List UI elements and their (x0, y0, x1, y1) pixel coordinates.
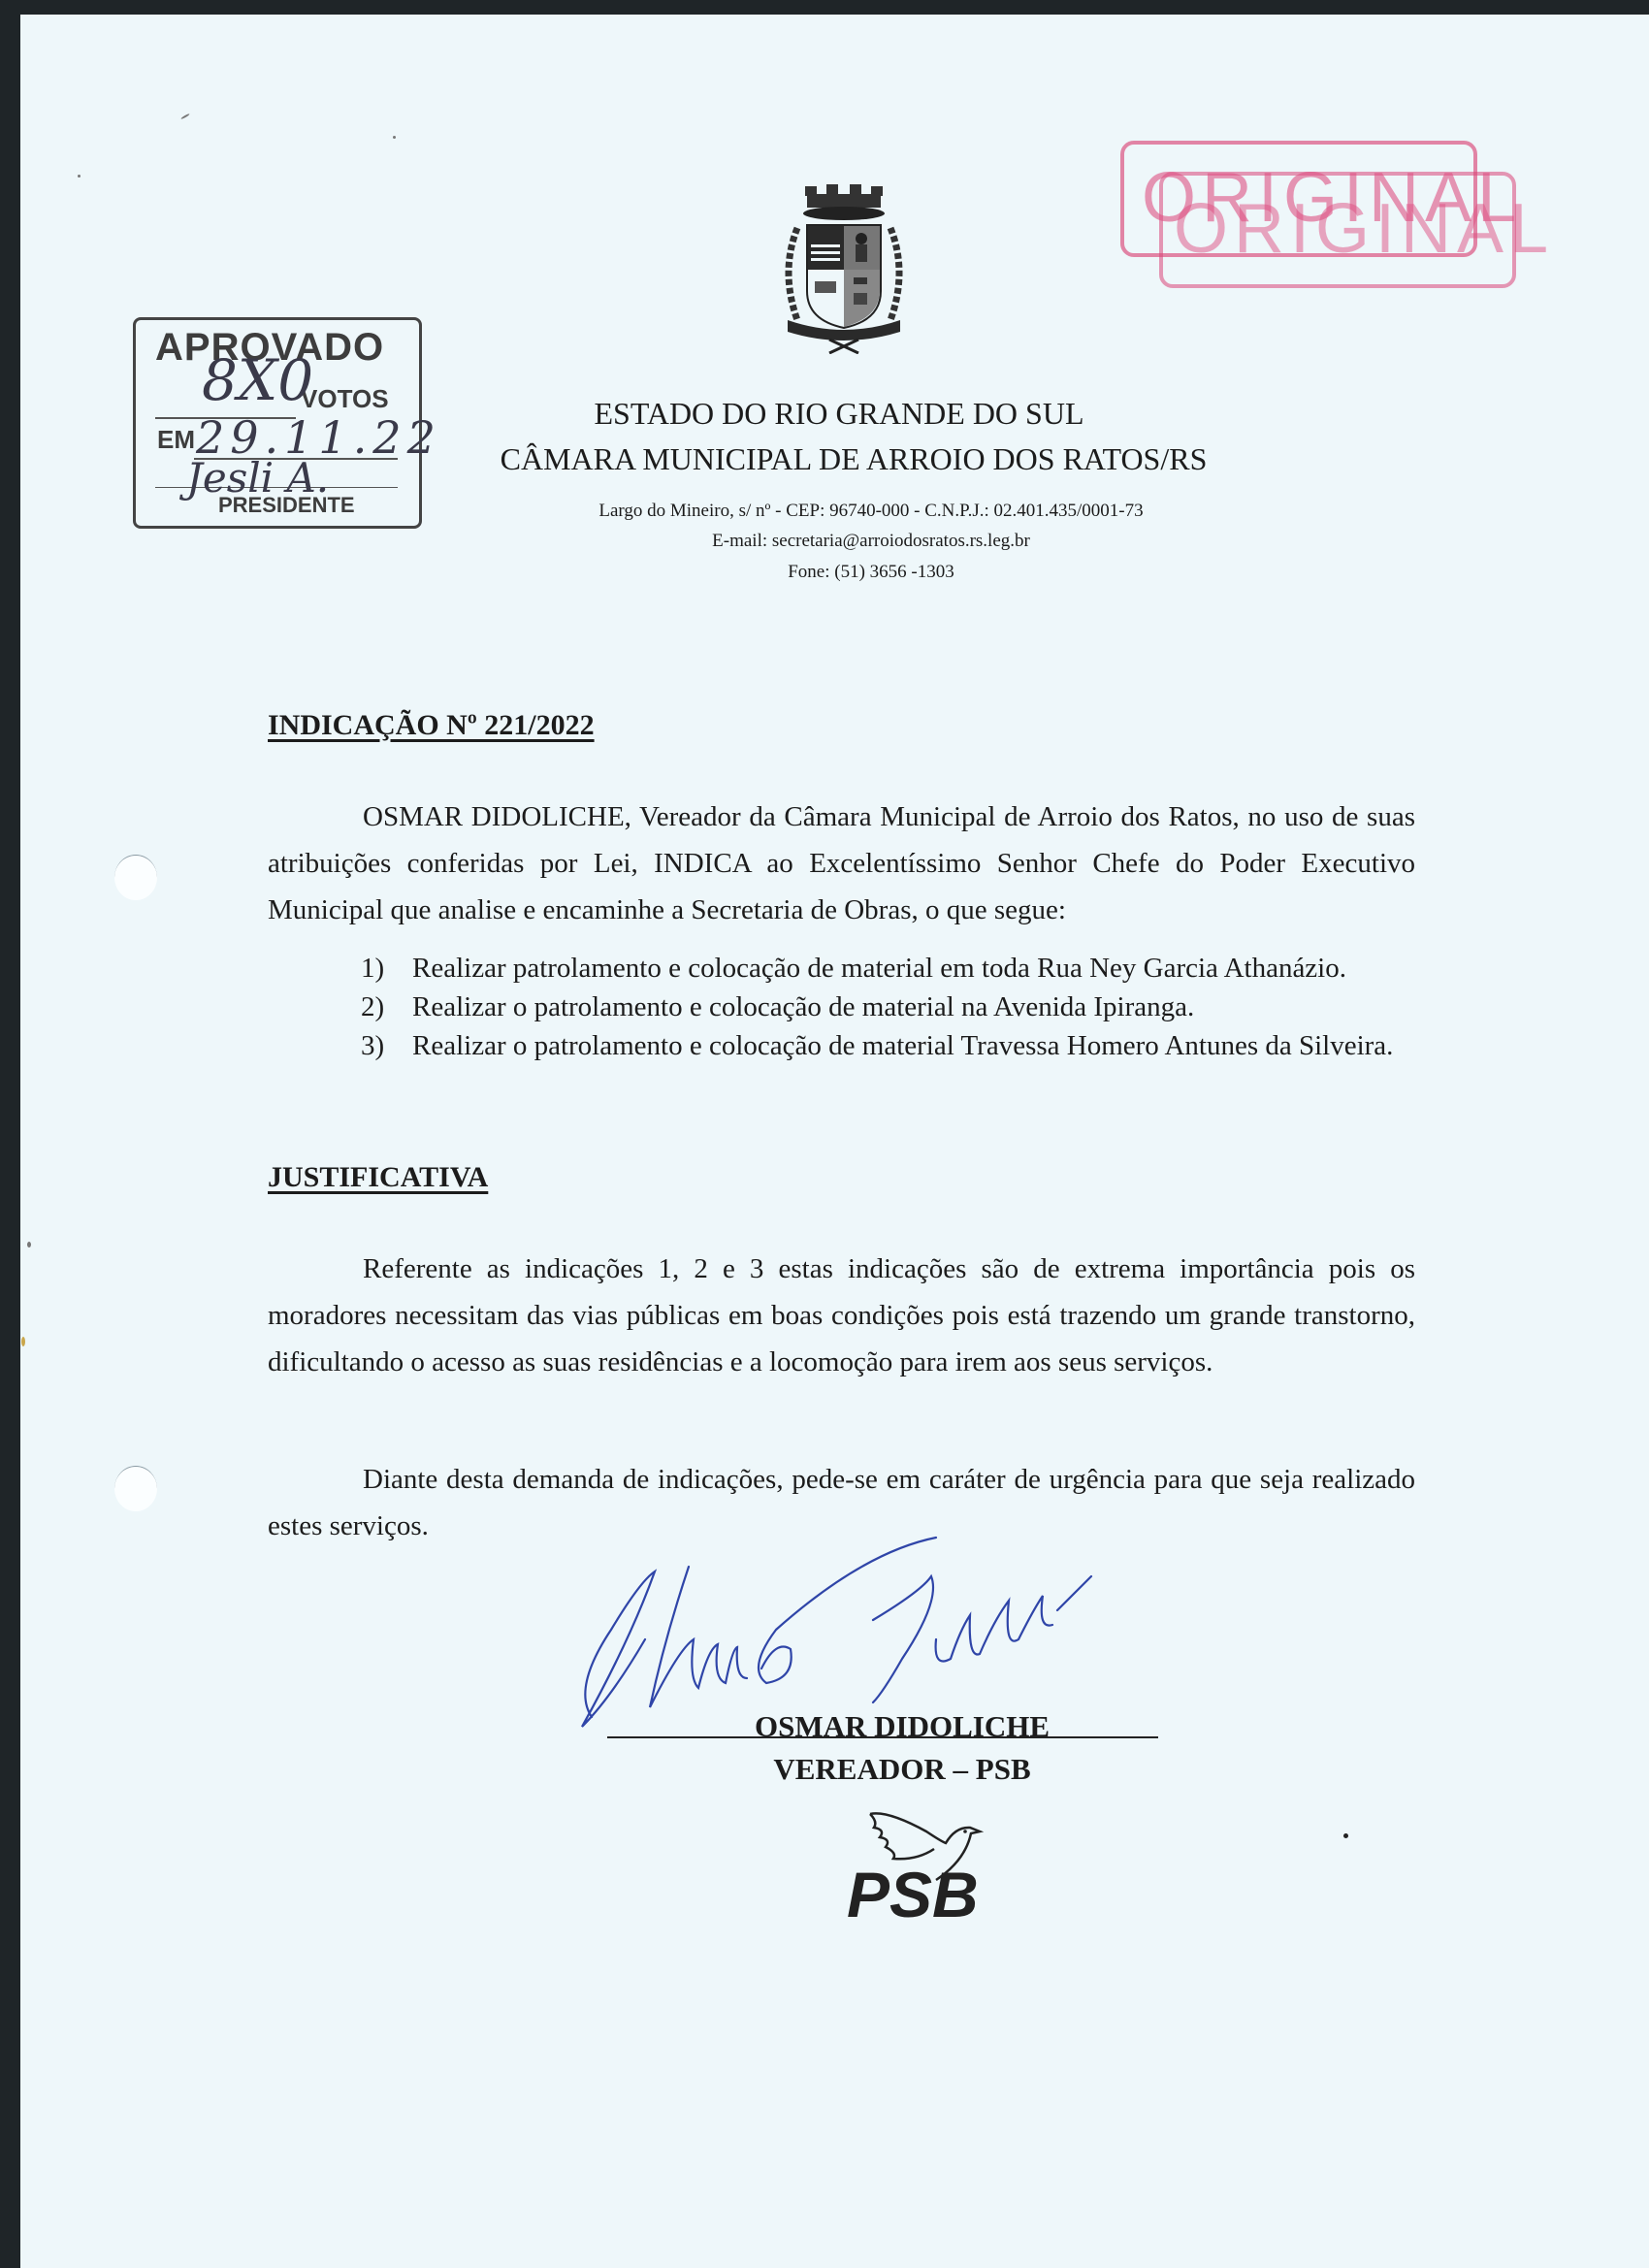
justification-heading: JUSTIFICATIVA (268, 1161, 488, 1194)
list-item-number: 1) (361, 950, 384, 987)
header-state: ESTADO DO RIO GRANDE DO SUL (0, 396, 1649, 432)
indication-list: 1) Realizar patrolamento e colocação de … (361, 950, 1415, 1066)
psb-party-logo-icon: PSB (810, 1802, 994, 1924)
header-chamber: CÂMARA MUNICIPAL DE ARROIO DOS RATOS/RS (0, 441, 1649, 477)
list-item: 2) Realizar o patrolamento e colocação d… (361, 988, 1415, 1025)
punch-hole (114, 1466, 157, 1511)
scan-speck (21, 1337, 25, 1346)
justification-paragraph-1: Referente as indicações 1, 2 e 3 estas i… (268, 1246, 1415, 1385)
list-item-text: Realizar o patrolamento e colocação de m… (412, 1030, 1393, 1061)
header-phone: Fone: (51) 3656 -1303 (0, 562, 1649, 583)
svg-text:PSB: PSB (847, 1859, 979, 1924)
document-title: INDICAÇÃO Nº 221/2022 (268, 709, 595, 742)
list-item: 1) Realizar patrolamento e colocação de … (361, 950, 1415, 987)
intro-paragraph: OSMAR DIDOLICHE, Vereador da Câmara Muni… (268, 794, 1415, 933)
scan-speck (27, 1242, 31, 1247)
list-item-number: 2) (361, 988, 384, 1025)
scan-speck (1343, 1833, 1348, 1838)
scan-speck (78, 175, 81, 178)
signer-role: VEREADOR – PSB (708, 1752, 1096, 1787)
coat-of-arms-icon (776, 184, 912, 354)
punch-hole (114, 855, 157, 900)
scan-speck (393, 136, 396, 139)
list-item-text: Realizar patrolamento e colocação de mat… (412, 953, 1346, 984)
header-email: E-mail: secretaria@arroiodosratos.rs.leg… (0, 531, 1649, 552)
list-item-text: Realizar o patrolamento e colocação de m… (412, 991, 1194, 1022)
list-item: 3) Realizar o patrolamento e colocação d… (361, 1027, 1415, 1064)
original-stamp-text-echo: ORIGINAL (1174, 189, 1554, 269)
original-stamp: ORIGINAL ORIGINAL (1120, 141, 1513, 288)
signer-name: OSMAR DIDOLICHE (708, 1709, 1096, 1744)
header-address: Largo do Mineiro, s/ nº - CEP: 96740-000… (0, 501, 1649, 522)
list-item-number: 3) (361, 1027, 384, 1064)
